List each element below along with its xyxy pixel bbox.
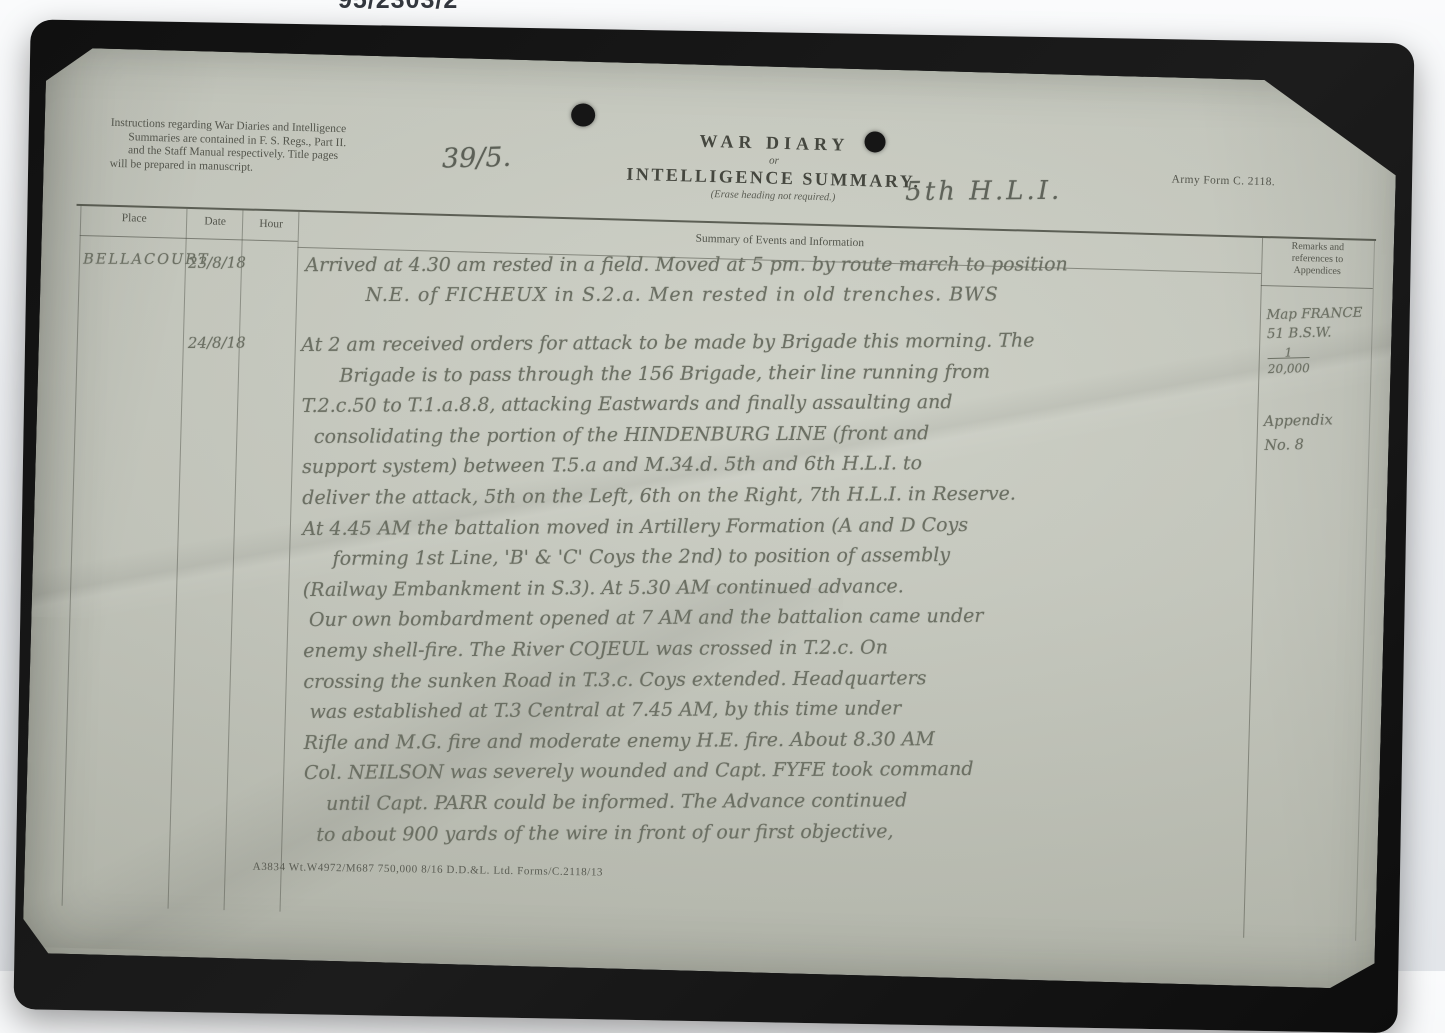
remarks-line: 51 B.S.W. bbox=[1267, 322, 1377, 344]
summary-line: was established at T.3 Central at 7.45 A… bbox=[309, 693, 1036, 728]
header-rule-place-date-hour bbox=[80, 235, 298, 242]
remarks-line: Appendix bbox=[1263, 407, 1374, 434]
summary-line: crossing the sunken Road in T.3.c. Coys … bbox=[303, 662, 1036, 697]
summary-line: (Railway Embankment in S.3). At 5.30 AM … bbox=[303, 570, 1036, 605]
header-rule-remarks bbox=[1261, 285, 1373, 289]
column-header-remarks: Remarks and references to Appendices bbox=[1263, 240, 1372, 279]
entry-summary-text: Arrived at 4.30 am rested in a field. Mo… bbox=[305, 249, 1067, 310]
summary-line: forming 1st Line, 'B' & 'C' Coys the 2nd… bbox=[333, 540, 1036, 575]
army-form-number: Army Form C. 2118. bbox=[1171, 173, 1275, 188]
remarks-line: Map FRANCE bbox=[1266, 303, 1376, 325]
printer-imprint: A3834 Wt.W4972/M687 750,000 8/16 D.D.&L.… bbox=[253, 861, 604, 879]
entry-summary-text: At 2 am received orders for attack to be… bbox=[301, 326, 1037, 851]
entry-date: 23/8/18 bbox=[188, 253, 246, 271]
divider-place-date bbox=[168, 209, 188, 909]
table-left-border bbox=[62, 206, 82, 906]
column-header-place: Place bbox=[82, 211, 186, 226]
summary-line: Our own bombardment opened at 7 AM and t… bbox=[309, 601, 1036, 636]
summary-line: T.2.c.50 to T.1.a.8.8, attacking Eastwar… bbox=[302, 387, 1035, 422]
divider-summary-remarks bbox=[1243, 238, 1263, 938]
divider-date-hour bbox=[224, 210, 244, 910]
entry-remarks: Appendix No. 8 bbox=[1263, 407, 1374, 458]
punch-hole bbox=[571, 103, 596, 127]
column-header-hour: Hour bbox=[244, 217, 298, 230]
entry-date: 24/8/18 bbox=[188, 333, 246, 351]
divider-hour-summary bbox=[279, 212, 299, 912]
remarks-header-line: Appendices bbox=[1263, 264, 1371, 279]
handwritten-file-number: 39/5. bbox=[442, 142, 512, 175]
summary-line: Arrived at 4.30 am rested in a field. Mo… bbox=[305, 249, 1067, 280]
summary-line: Col. NEILSON was severely wounded and Ca… bbox=[304, 754, 1037, 789]
summary-line: support system) between T.5.a and M.34.d… bbox=[302, 448, 1035, 483]
fraction-denominator: 20,000 bbox=[1268, 357, 1311, 379]
summary-line: N.E. of FICHEUX in S.2.a. Men rested in … bbox=[365, 279, 1067, 310]
summary-line: deliver the attack, 5th on the Left, 6th… bbox=[302, 478, 1035, 513]
summary-line: Brigade is to pass through the 156 Briga… bbox=[339, 356, 1034, 391]
map-scale-fraction: 1 20,000 bbox=[1267, 347, 1310, 379]
form-instructions: Instructions regarding War Diaries and I… bbox=[109, 117, 458, 180]
summary-line: enemy shell-fire. The River COJEUL was c… bbox=[303, 631, 1036, 666]
photo-black-mount: Instructions regarding War Diaries and I… bbox=[13, 19, 1414, 971]
war-diary-page: Instructions regarding War Diaries and I… bbox=[22, 47, 1398, 971]
summary-line: until Capt. PARR could be informed. The … bbox=[326, 784, 1037, 819]
summary-line: Rifle and M.G. fire and moderate enemy H… bbox=[304, 723, 1037, 758]
summary-line: consolidating the portion of the HINDENB… bbox=[314, 417, 1035, 452]
summary-line: At 4.45 AM the battalion moved in Artill… bbox=[302, 509, 1035, 544]
summary-line: At 2 am received orders for attack to be… bbox=[301, 326, 1034, 361]
handwritten-unit-name: 5th H.L.I. bbox=[905, 176, 1062, 207]
entry-remarks: Map FRANCE 51 B.S.W. 1 20,000 bbox=[1266, 303, 1378, 379]
archive-catalog-reference: 95/2303/2 bbox=[338, 0, 458, 15]
summary-line: to about 900 yards of the wire in front … bbox=[316, 815, 1037, 850]
remarks-line: No. 8 bbox=[1264, 431, 1375, 458]
column-header-date: Date bbox=[188, 215, 242, 228]
